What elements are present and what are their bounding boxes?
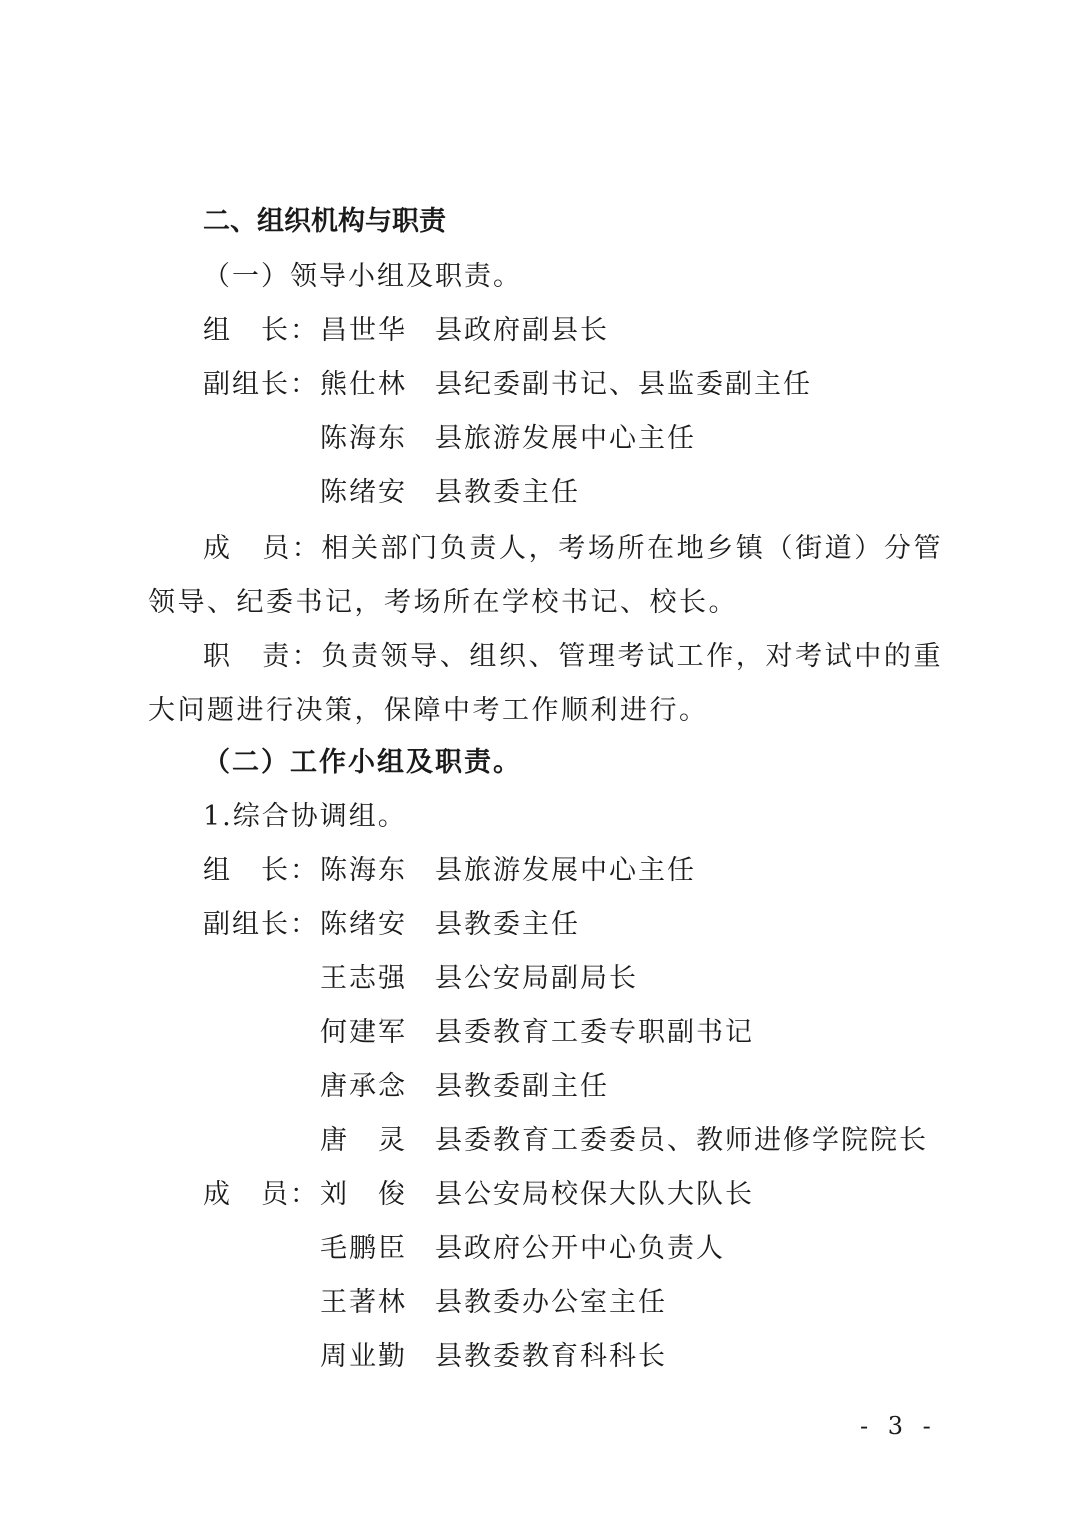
duties-paragraph: 职 责：负责领导、组织、管理考试工作，对考试中的重大问题进行决策，保障中考工作顺… — [148, 630, 943, 738]
group1-deputy-name: 何建军 — [320, 1016, 407, 1050]
deputy-name: 陈绪安 — [320, 476, 407, 510]
deputy-label: 副组长： — [203, 368, 319, 402]
leader-name: 昌世华 — [320, 314, 407, 348]
group1-deputy-title: 县教委副主任 — [435, 1070, 609, 1104]
leader-label: 组 长： — [203, 314, 319, 348]
group1-member-title: 县教委办公室主任 — [435, 1286, 667, 1320]
group1-leader-name: 陈海东 — [320, 854, 407, 888]
group1-deputy-title: 县委教育工委委员、教师进修学院院长 — [435, 1124, 928, 1158]
working-groups-heading: （二）工作小组及职责。 — [203, 746, 522, 780]
deputy-name: 陈海东 — [320, 422, 407, 456]
deputy-name: 熊仕林 — [320, 368, 407, 402]
group1-member-title: 县教委教育科科长 — [435, 1340, 667, 1374]
group1-deputy-name: 王志强 — [320, 962, 407, 996]
deputy-title: 县纪委副书记、县监委副主任 — [435, 368, 812, 402]
group1-deputy-name: 唐承念 — [320, 1070, 407, 1104]
group1-member-name: 毛鹏臣 — [320, 1232, 407, 1266]
leader-title: 县政府副县长 — [435, 314, 609, 348]
group1-deputy-title: 县委教育工委专职副书记 — [435, 1016, 754, 1050]
group1-member-title: 县公安局校保大队大队长 — [435, 1178, 754, 1212]
group1-member-name: 周业勤 — [320, 1340, 407, 1374]
group1-deputy-name: 唐 灵 — [320, 1124, 407, 1158]
deputy-title: 县旅游发展中心主任 — [435, 422, 696, 456]
group1-member-title: 县政府公开中心负责人 — [435, 1232, 725, 1266]
group1-member-label: 成 员： — [203, 1178, 319, 1212]
leadership-heading: （一）领导小组及职责。 — [203, 260, 522, 294]
page-number: - 3 - — [860, 1412, 937, 1440]
members-paragraph: 成 员：相关部门负责人，考场所在地乡镇（街道）分管领导、纪委书记，考场所在学校书… — [148, 522, 943, 630]
group1-member-name: 王著林 — [320, 1286, 407, 1320]
group1-member-name: 刘 俊 — [320, 1178, 407, 1212]
group1-leader-title: 县旅游发展中心主任 — [435, 854, 696, 888]
group1-deputy-title: 县教委主任 — [435, 908, 580, 942]
section-heading: 二、组织机构与职责 — [203, 205, 446, 239]
group1-deputy-title: 县公安局副局长 — [435, 962, 638, 996]
group1-deputy-name: 陈绪安 — [320, 908, 407, 942]
group1-heading: 1.综合协调组。 — [203, 800, 407, 834]
group1-deputy-label: 副组长： — [203, 908, 319, 942]
group1-leader-label: 组 长： — [203, 854, 319, 888]
deputy-title: 县教委主任 — [435, 476, 580, 510]
